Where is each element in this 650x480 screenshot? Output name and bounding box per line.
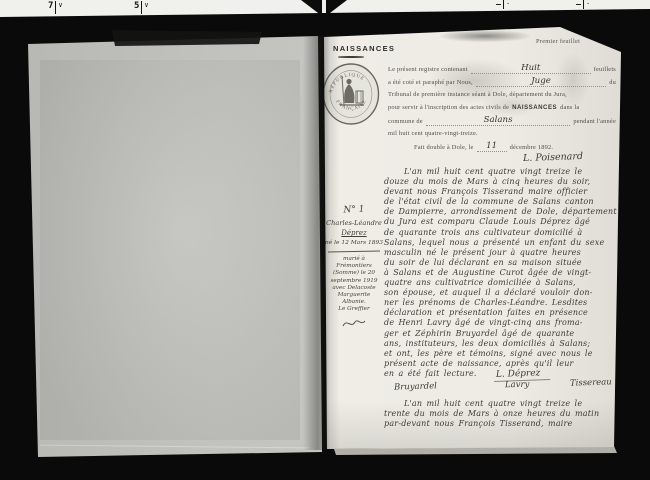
printed-text: Tribunal de première instance séant à Do… — [388, 91, 567, 98]
handwritten-line: de Henri Lavry âgé de vingt-cinq ans fro… — [384, 318, 617, 328]
margin-record-note: N° 1 Charles-Léandre Déprez né le 12 Mar… — [323, 205, 385, 333]
margin-divider — [328, 251, 380, 253]
handwritten-line: masculin né le présent jour à quatre heu… — [384, 248, 617, 258]
handwritten-line: septembre 1919 — [323, 278, 385, 285]
handwritten-entry: Huit — [471, 64, 591, 74]
tick-dash — [576, 4, 581, 5]
printed-emphasis: NAISSANCES — [512, 104, 557, 111]
book-gutter-shadow — [303, 36, 330, 450]
arrow-down-icon: ∨ — [58, 1, 62, 10]
film-calibration-strip — [0, 0, 650, 18]
handwritten-line: Albanie. — [323, 299, 385, 306]
printed-text: Le présent registre contenant — [388, 66, 468, 73]
arrow-down-icon: · — [506, 0, 510, 9]
record-surname: Déprez — [323, 229, 385, 237]
printed-text: feuillets — [594, 66, 616, 73]
handwritten-line: et ont, les père et témoins, signé avec … — [384, 349, 617, 359]
witness-signature-2: Lavry — [505, 380, 530, 390]
handwritten-line: Salans, lequel nous a présenté un enfant… — [384, 238, 617, 248]
title-underline — [338, 56, 364, 58]
handwritten-line: déclaration et présentation faites en pr… — [384, 308, 617, 318]
tick-label: 7 — [48, 1, 53, 11]
handwritten-line: de Dampierre, arrondissement de Dole, dé… — [384, 207, 617, 217]
handwritten-line: de l'état civil de la commune de Salans … — [384, 197, 617, 207]
judge-signature: L. Poisenard — [523, 151, 583, 164]
handwritten-line: quatre ans cultivatrice domiciliée à Sal… — [384, 278, 617, 288]
printed-text: Fait double à Dole, le — [414, 144, 474, 151]
handwritten-line: Le Greffier — [323, 306, 385, 313]
handwritten-line: douze du mois de Mars à cinq heures du s… — [384, 177, 617, 187]
printed-text: pour servir à l'inscription des actes ci… — [388, 104, 509, 111]
tick-dash — [496, 4, 501, 5]
corner-note: Premier feuillet — [536, 38, 580, 45]
page-title: NAISSANCES — [333, 44, 395, 53]
handwritten-line: à Salans et de Augustine Curot âgée de v… — [384, 268, 617, 278]
tick-label: 5 — [134, 1, 139, 11]
printed-text: commune de — [388, 118, 423, 125]
record-number: N° 1 — [323, 203, 385, 216]
form-line: commune deSalanspendant l'année — [388, 117, 616, 130]
handwritten-line: L'an mil huit cent quatre vingt treize l… — [384, 399, 617, 409]
register-certification-form: Le présent registre contenantHuitfeuille… — [388, 65, 616, 156]
clerk-signature-flourish — [341, 317, 367, 329]
handwritten-entry: Juge — [476, 77, 606, 87]
page-sheen — [40, 60, 300, 440]
film-tick-5: 5 ∨ — [134, 1, 149, 14]
handwritten-line: (Somme) le 20 — [323, 270, 385, 277]
witness-signature-1: Bruyardel — [394, 381, 437, 392]
witness-signature-3: Tissereau — [570, 377, 612, 388]
handwritten-line: ger et Zéphirin Bruyardel âgé de quarant… — [384, 329, 617, 339]
printed-text: pendant l'année — [573, 118, 616, 125]
record-birth-date: né le 12 Mars 1893 — [323, 240, 385, 246]
handwritten-line: devant nous François Tisserand maire off… — [384, 187, 617, 197]
handwritten-line: présent acte de naissance, après qu'il l… — [384, 359, 617, 369]
form-line: Tribunal de première instance séant à Do… — [388, 91, 616, 104]
arrow-down-icon: · — [586, 0, 590, 9]
printed-text: a été coté et paraphé par Nous, — [388, 79, 473, 86]
tick-line — [141, 1, 142, 14]
film-tick-right-2: · — [576, 0, 590, 9]
handwritten-line: ner les prénoms de Charles-Léandre. Lesd… — [384, 298, 617, 308]
arrow-down-icon: ∨ — [144, 1, 148, 10]
record-given-name: Charles-Léandre — [323, 219, 385, 227]
tick-line — [503, 0, 504, 9]
handwritten-line: ans, instituteurs, les deux domiciliés à… — [384, 339, 617, 349]
handwritten-line: Marguerite — [323, 292, 385, 299]
printed-text: mil huit cent quatre-vingt-treize. — [388, 130, 478, 137]
handwritten-line: du Jura est comparu Claude Louis Déprez … — [384, 217, 617, 227]
form-line: a été coté et paraphé par Nous,Jugedu — [388, 78, 616, 91]
handwritten-line: L'an mil huit cent quatre vingt treize l… — [384, 167, 617, 177]
handwritten-entry: Salans — [426, 116, 571, 126]
handwritten-entry: 11 — [477, 142, 507, 152]
handwritten-line: de quarante trois ans cultivateur domici… — [384, 228, 617, 238]
microfilm-scan: 7 ∨ 5 ∨ · · NAISSANCES Premier feuillet — [0, 0, 650, 480]
tick-line — [583, 0, 584, 9]
handwritten-line: trente du mois de Mars à onze heures du … — [384, 409, 617, 419]
tick-line — [55, 1, 56, 14]
ink-smudge — [440, 30, 530, 42]
handwritten-line: avec Delacoste — [323, 285, 385, 292]
handwritten-line: du soir de lui déclarant en sa maison si… — [384, 258, 617, 268]
handwritten-line: son épouse, et auquel il a déclaré voulo… — [384, 288, 617, 298]
printed-text: du — [609, 79, 616, 86]
handwritten-line: par-devant nous François Tisserand, mair… — [384, 419, 617, 429]
birth-act-1-text: L'an mil huit cent quatre vingt treize l… — [384, 167, 617, 379]
printed-text: décembre 1892. — [510, 144, 554, 151]
film-tick-right-1: · — [496, 0, 510, 9]
film-tick-7: 7 ∨ — [48, 1, 63, 14]
birth-act-2-text: L'an mil huit cent quatre vingt treize l… — [384, 399, 617, 429]
printed-text: dans la — [560, 104, 579, 111]
marriage-annotation: marié àFrémontiers(Somme) le 20septembre… — [323, 256, 385, 314]
page-crease — [40, 445, 310, 449]
